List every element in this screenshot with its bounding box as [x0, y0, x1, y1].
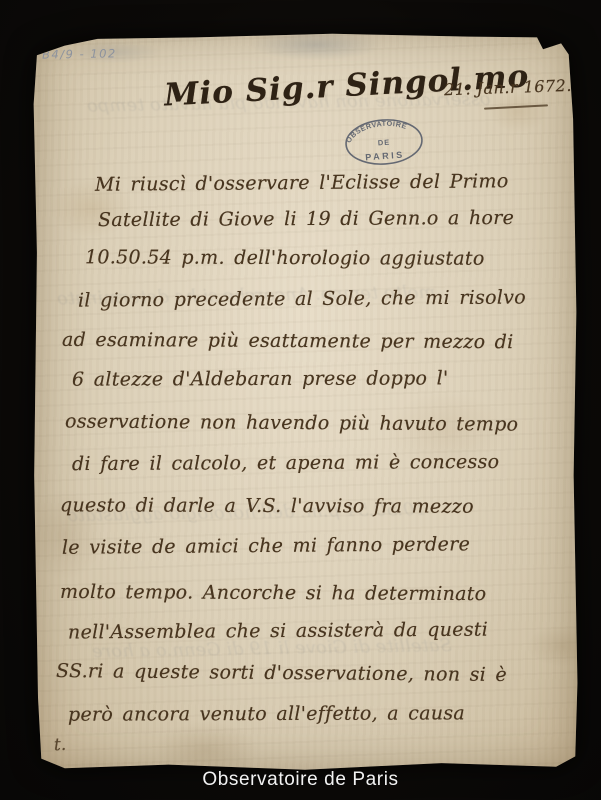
manuscript-line: questo di darle a V.S. l'avviso fra mezz… — [60, 494, 474, 517]
manuscript-line: molto tempo. Ancorche si ha determinato — [60, 581, 487, 605]
manuscript-line: SS.ri a queste sorti d'osservatione, non… — [56, 660, 507, 686]
stamp-text-middle: DE — [378, 138, 391, 148]
observatoire-stamp: OBSERVATOIRE DE PARIS — [340, 113, 427, 171]
date-underline — [484, 104, 548, 109]
manuscript-line: Mi riuscì d'osservare l'Eclisse del Prim… — [95, 170, 509, 196]
manuscript-line: le visite de amici che mi fanno perdere — [62, 533, 470, 559]
manuscript-line: Satellite di Giove li 19 di Genn.o a hor… — [98, 207, 514, 231]
manuscript-scan: osservatione non havendo più havuto temp… — [0, 0, 601, 800]
manuscript-line: osservatione non havendo più havuto temp… — [65, 410, 518, 435]
date: 21. Jan.r 1672. — [444, 76, 573, 99]
manuscript-line: 6 altezze d'Aldebaran prese doppo l' — [72, 367, 449, 390]
archival-mark: B4/9 - 102 — [42, 46, 117, 61]
manuscript-line: di fare il calcolo, et apena mi è conces… — [72, 451, 499, 475]
manuscript-line: però ancora venuto all'effetto, a causa — [68, 702, 465, 725]
manuscript-paper: osservatione non havendo più havuto temp… — [32, 30, 578, 772]
footer-mark: t. — [54, 735, 67, 755]
manuscript-line: nell'Assemblea che si assisterà da quest… — [68, 619, 488, 644]
paper-shadow-wrap: osservatione non havendo più havuto temp… — [0, 0, 601, 800]
manuscript-line: il giorno precedente al Sole, che mi ris… — [78, 286, 526, 311]
manuscript-line: ad esaminare più esattamente per mezzo d… — [62, 329, 514, 353]
manuscript-line: 10.50.54 p.m. dell'horologio aggiustato — [85, 246, 485, 269]
stamp-text-bottom: PARIS — [365, 150, 405, 163]
caption: Observatoire de Paris — [0, 769, 601, 800]
